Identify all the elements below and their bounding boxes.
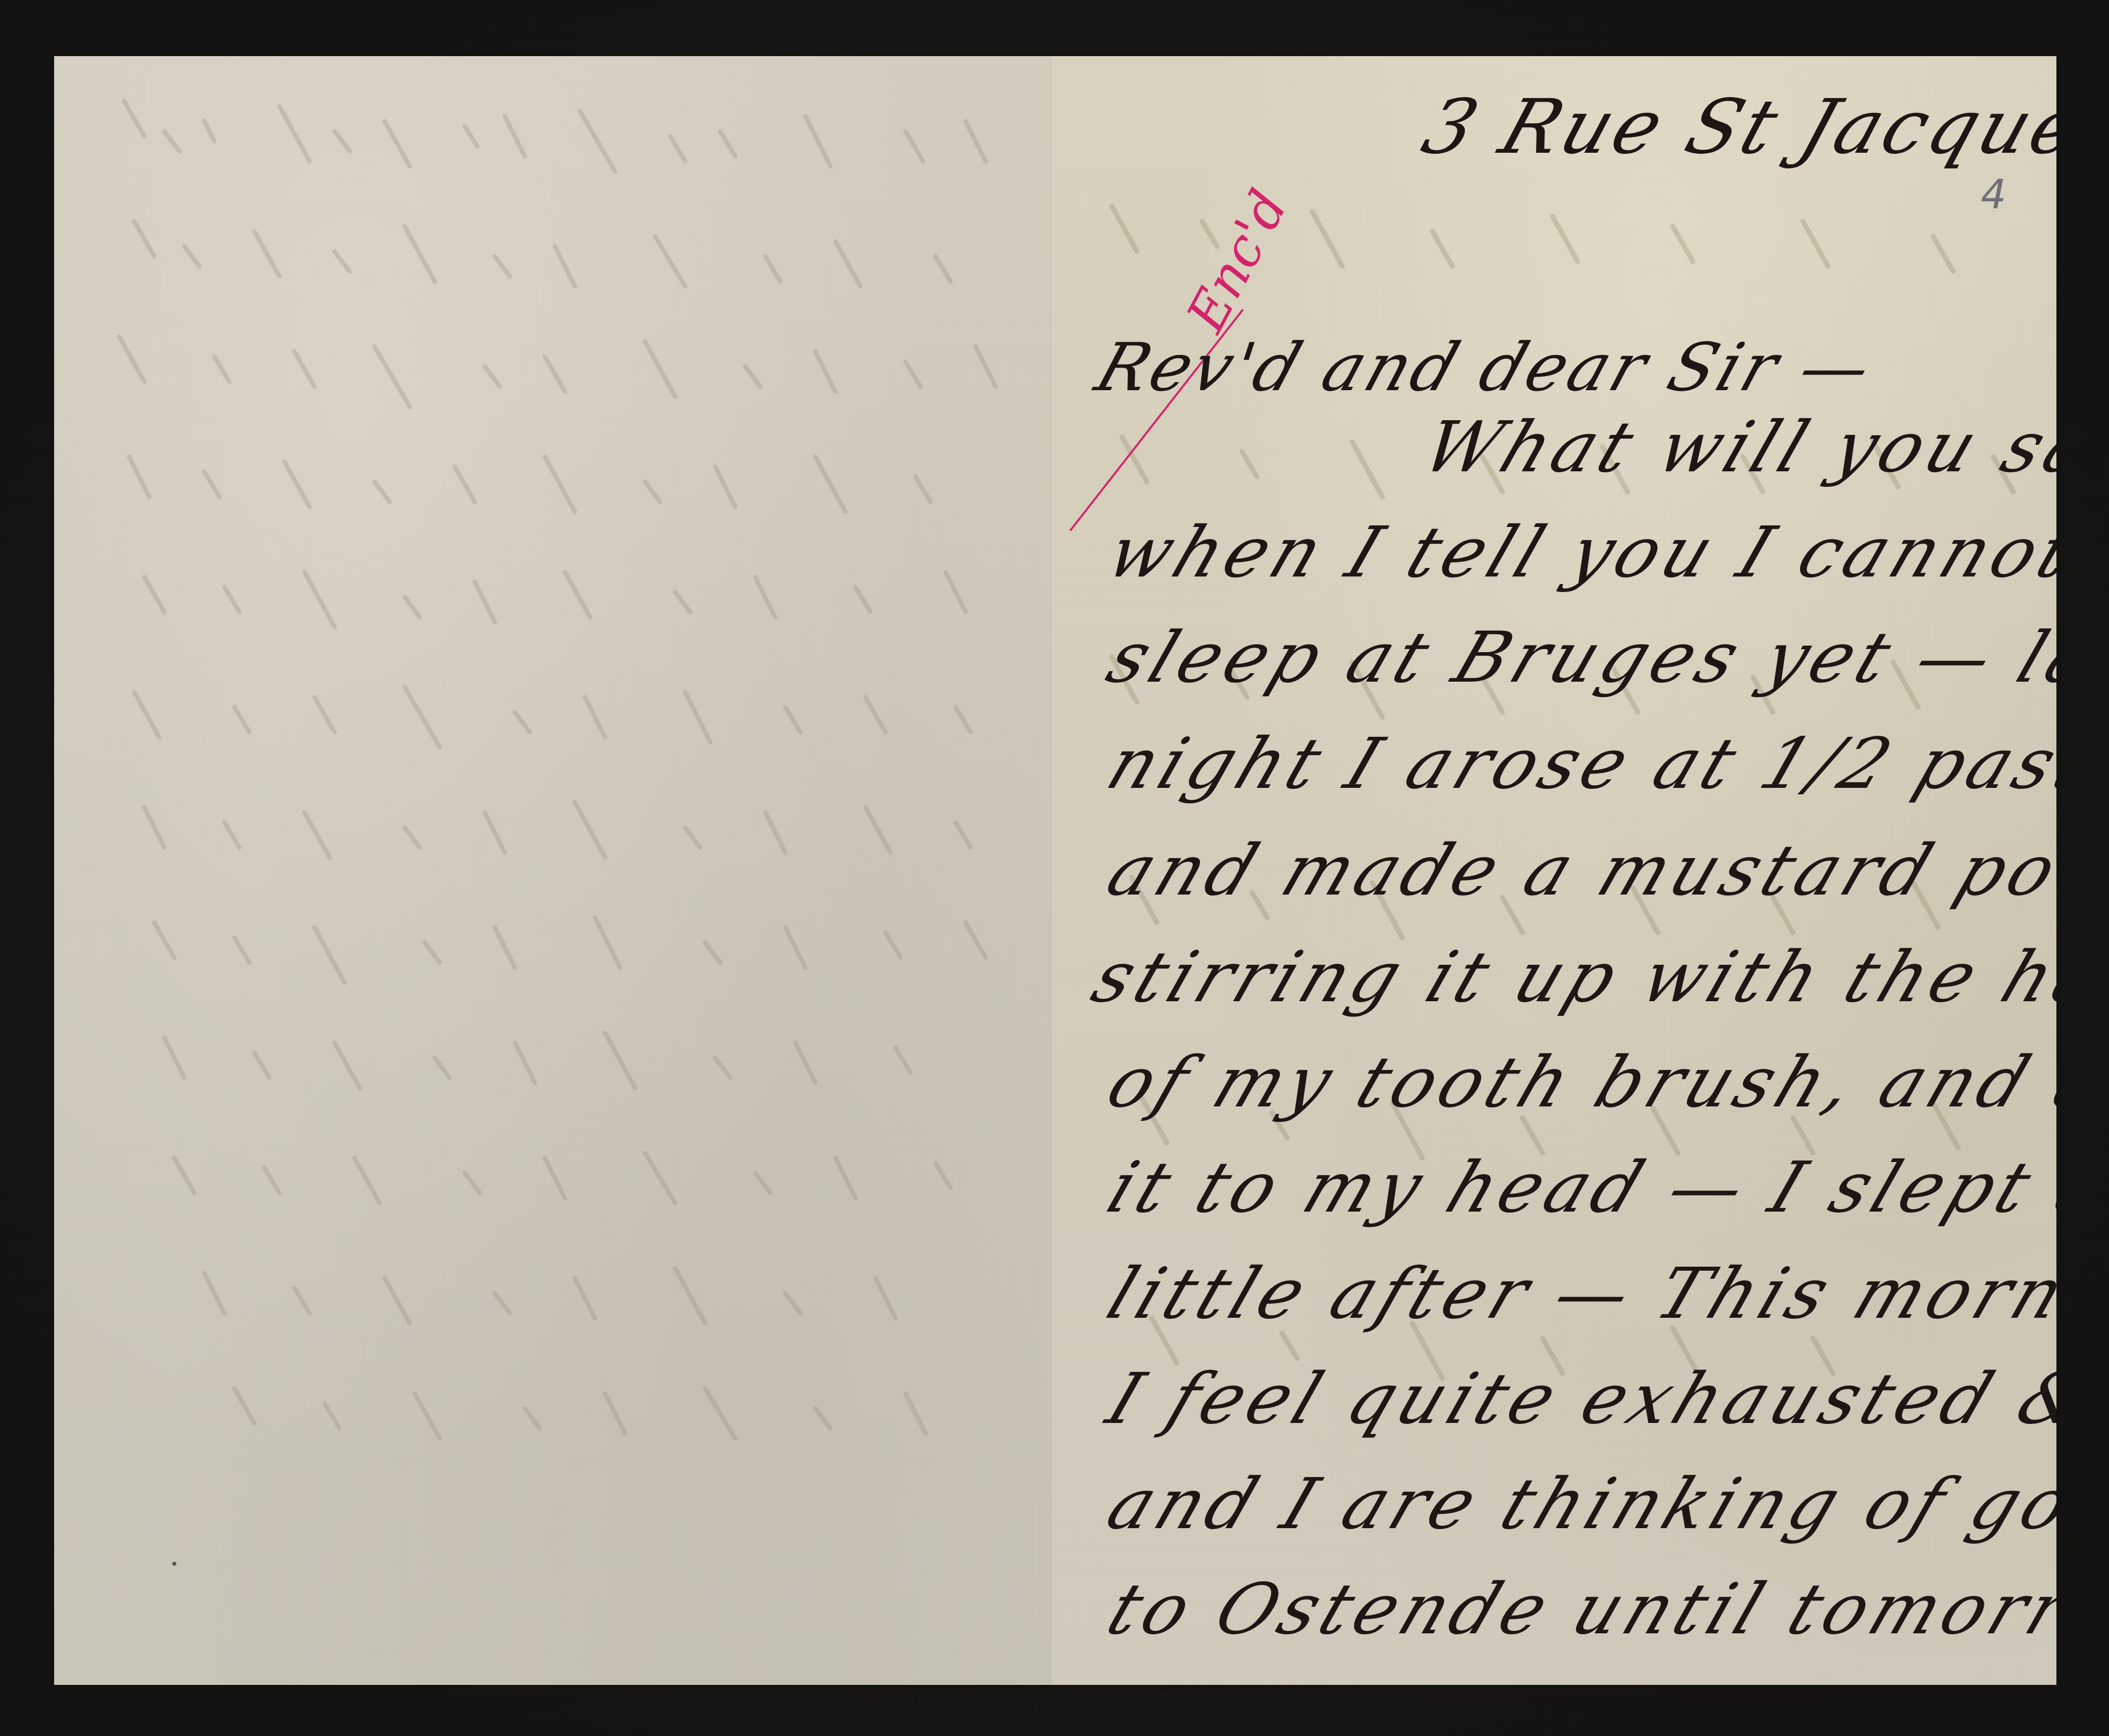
body-line-11: and I are thinking of going (1097, 1464, 2056, 1545)
body-line-4: night I arose at 1/2 past 11 (1097, 723, 2056, 805)
body-line-12: to Ostende until tomorrow (1097, 1569, 2056, 1650)
body-line-1: What will you say (1412, 407, 2056, 488)
right-page: 3 Rue St Jacques 4 Enc'd Rev'd and dear … (1052, 56, 2056, 1685)
left-page (54, 56, 1052, 1685)
body-line-6: stirring it up with the handle (1082, 937, 2056, 1018)
body-line-8: it to my head — I slept a (1097, 1147, 2056, 1229)
body-line-3: sleep at Bruges yet — last (1097, 617, 2056, 699)
bleed-through-texture (54, 56, 1052, 1685)
letter-sheet: 3 Rue St Jacques 4 Enc'd Rev'd and dear … (54, 56, 2056, 1685)
letter-salutation: Rev'd and dear Sir — (1087, 329, 1884, 406)
body-line-5: and made a mustard poultice (1097, 830, 2056, 912)
body-line-7: of my tooth brush, and applied (1097, 1042, 2056, 1123)
body-line-2: when I tell you I cannot (1097, 512, 2056, 594)
letter-header-address: 3 Rue St Jacques (1412, 84, 2056, 171)
body-line-10: I feel quite exhausted & Samuel (1097, 1358, 2056, 1440)
pencil-page-number: 4 (1981, 171, 2006, 218)
body-line-9: little after — This morning (1097, 1253, 2056, 1335)
